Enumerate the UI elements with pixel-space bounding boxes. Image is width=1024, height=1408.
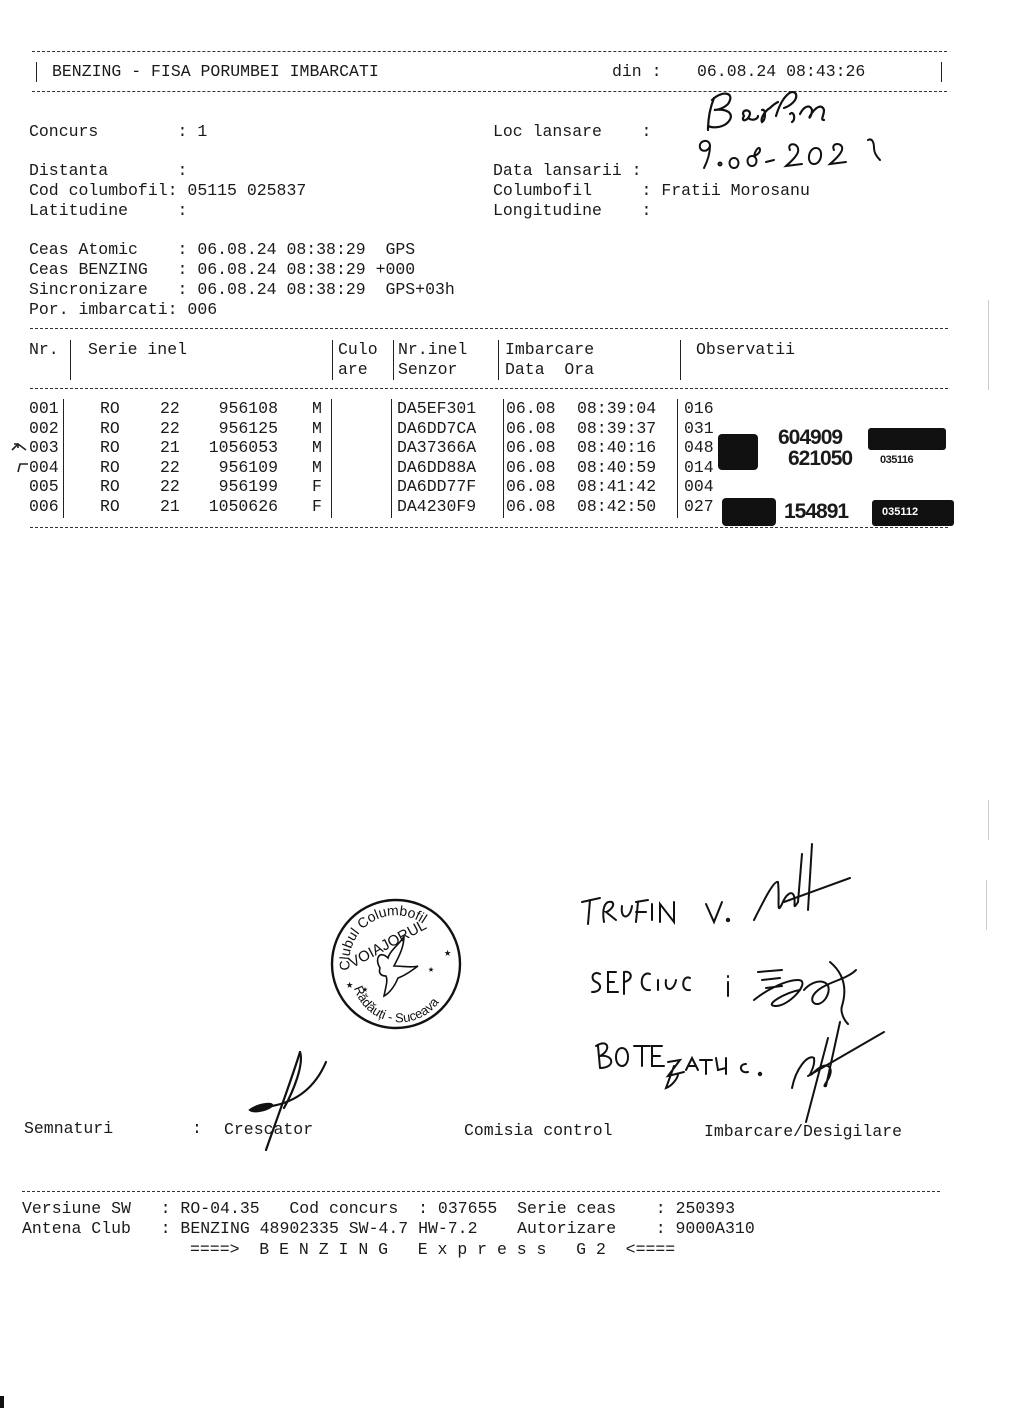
longitudine-label: Longitudine bbox=[493, 201, 642, 220]
cell-sensor-id: DA6DD7CA bbox=[397, 419, 476, 439]
cell-country: RO bbox=[100, 419, 120, 439]
loc-lansare-field: Loc lansare : bbox=[493, 122, 651, 142]
col-divider bbox=[391, 399, 392, 518]
col-divider bbox=[680, 340, 681, 380]
seal-tag-code: 035116 bbox=[880, 454, 913, 466]
club-stamp: Clubul Columbofil Rădăuți - Suceava VOIA… bbox=[328, 896, 464, 1032]
cell-year: 21 bbox=[160, 438, 180, 458]
cell-ring-number: 1050626 bbox=[203, 497, 278, 517]
serie-ceas-label: Serie ceas bbox=[517, 1199, 656, 1218]
data-lansarii-label: Data lansarii bbox=[493, 161, 632, 180]
cell-nr: 006 bbox=[29, 497, 59, 517]
data-lansarii-field: Data lansarii : bbox=[493, 161, 642, 181]
cell-sensor-id: DA5EF301 bbox=[397, 399, 476, 419]
cell-date: 06.08 bbox=[506, 419, 556, 439]
scan-edge-mark bbox=[988, 300, 989, 390]
col-divider bbox=[677, 399, 678, 518]
col-divider bbox=[503, 399, 504, 518]
margin-arrow-icon bbox=[14, 460, 30, 474]
concurs-value: 1 bbox=[187, 122, 207, 141]
cell-date: 06.08 bbox=[506, 477, 556, 497]
cell-time: 08:39:04 bbox=[577, 399, 656, 419]
cell-sex: F bbox=[312, 497, 322, 517]
printed-at-label: din : bbox=[612, 62, 662, 82]
sincronizare-field: Sincronizare : 06.08.24 08:38:29 GPS+03h bbox=[29, 280, 455, 300]
svg-text:★: ★ bbox=[362, 985, 368, 996]
seal-tag-number: 621050 bbox=[788, 447, 852, 471]
concurs-label: Concurs bbox=[29, 122, 178, 141]
cell-observatii: 031 bbox=[684, 419, 714, 439]
versiune-sw-value: RO-04.35 bbox=[171, 1199, 260, 1218]
por-imbarcati-label: Por. imbarcati bbox=[29, 300, 168, 319]
semnaturi-colon: : bbox=[192, 1119, 202, 1139]
margin-arrow-icon bbox=[8, 440, 30, 454]
handwritten-data-lansarii bbox=[694, 134, 904, 174]
ceas-benzing-label: Ceas BENZING bbox=[29, 260, 178, 279]
cell-nr: 005 bbox=[29, 477, 59, 497]
cell-observatii: 014 bbox=[684, 458, 714, 478]
cell-sensor-id: DA4230F9 bbox=[397, 497, 476, 517]
cell-nr: 003 bbox=[29, 438, 59, 458]
cell-nr: 002 bbox=[29, 419, 59, 439]
col-header-culoare-2: are bbox=[338, 360, 368, 380]
comisia-control-label: Comisia control bbox=[464, 1121, 613, 1141]
ceas-benzing-value: 06.08.24 08:38:29 +000 bbox=[187, 260, 415, 279]
cell-date: 06.08 bbox=[506, 458, 556, 478]
cell-sensor-id: DA37366A bbox=[397, 438, 476, 458]
cod-columbofil-label: Cod columbofil bbox=[29, 181, 168, 200]
seal-tag-backing bbox=[718, 434, 758, 470]
cell-year: 22 bbox=[160, 477, 180, 497]
concurs-field: Concurs : 1 bbox=[29, 122, 207, 142]
svg-text:★: ★ bbox=[428, 965, 434, 976]
seal-tag-number: 154891 bbox=[784, 500, 848, 524]
cell-date: 06.08 bbox=[506, 438, 556, 458]
commission-signature-1 bbox=[578, 840, 858, 930]
distanta-label: Distanta bbox=[29, 161, 178, 180]
latitudine-label: Latitudine bbox=[29, 201, 178, 220]
versiune-sw-row: Versiune SW : RO-04.35 Cod concurs : 037… bbox=[22, 1199, 735, 1219]
cod-concurs-value: 037655 bbox=[428, 1199, 497, 1218]
semnaturi-label: Semnaturi bbox=[24, 1119, 113, 1139]
cell-sex: F bbox=[312, 477, 322, 497]
cell-sex: M bbox=[312, 458, 322, 478]
col-header-nr: Nr. bbox=[29, 340, 59, 360]
cell-observatii: 027 bbox=[684, 497, 714, 517]
cell-ring-number: 1056053 bbox=[203, 438, 278, 458]
cell-country: RO bbox=[100, 399, 120, 419]
col-divider bbox=[63, 399, 64, 518]
footer-rule bbox=[22, 1191, 940, 1192]
por-imbarcati-value: 006 bbox=[178, 300, 218, 319]
imbarcare-desigilare-label: Imbarcare/Desigilare bbox=[704, 1122, 902, 1142]
cell-ring-number: 956125 bbox=[203, 419, 278, 439]
cell-year: 22 bbox=[160, 419, 180, 439]
cell-sensor-id: DA6DD77F bbox=[397, 477, 476, 497]
header-left-bar bbox=[36, 62, 37, 82]
scan-edge-mark bbox=[986, 880, 987, 930]
col-header-observatii: Observatii bbox=[696, 340, 795, 360]
col-header-culoare-1: Culo bbox=[338, 340, 378, 360]
cell-time: 08:39:37 bbox=[577, 419, 656, 439]
document-title: BENZING - FISA PORUMBEI IMBARCATI bbox=[52, 62, 379, 82]
cell-sex: M bbox=[312, 399, 322, 419]
columbofil-label: Columbofil bbox=[493, 181, 642, 200]
cell-time: 08:42:50 bbox=[577, 497, 656, 517]
col-divider bbox=[331, 399, 332, 518]
versiune-sw-label: Versiune SW bbox=[22, 1199, 161, 1218]
cell-date: 06.08 bbox=[506, 399, 556, 419]
ceas-atomic-value: 06.08.24 08:38:29 GPS bbox=[187, 240, 415, 259]
col-header-senzor-1: Nr.inel bbox=[398, 340, 467, 360]
col-divider bbox=[498, 340, 499, 380]
seal-tag-backing bbox=[722, 498, 776, 526]
cell-date: 06.08 bbox=[506, 497, 556, 517]
scan-edge-mark bbox=[0, 1396, 4, 1408]
header-top-rule bbox=[32, 51, 947, 52]
antena-club-row: Antena Club : BENZING 48902335 SW-4.7 HW… bbox=[22, 1219, 755, 1239]
columbofil-field: Columbofil : Fratii Morosanu bbox=[493, 181, 810, 201]
col-header-imbarcare-2: Data Ora bbox=[505, 360, 594, 380]
cod-columbofil-field: Cod columbofil: 05115 025837 bbox=[29, 181, 306, 201]
seal-tag: 154891 035112 bbox=[722, 496, 954, 528]
crescator-signature bbox=[244, 1050, 334, 1154]
col-divider bbox=[332, 340, 333, 380]
svg-text:★: ★ bbox=[346, 978, 353, 992]
cell-sex: M bbox=[312, 438, 322, 458]
longitudine-field: Longitudine : bbox=[493, 201, 651, 221]
antena-club-label: Antena Club bbox=[22, 1219, 161, 1238]
seal-tag: 604909 621050 035116 bbox=[718, 428, 950, 470]
cod-columbofil-value: 05115 025837 bbox=[178, 181, 307, 200]
por-imbarcati-field: Por. imbarcati: 006 bbox=[29, 300, 217, 320]
handwritten-loc-lansare bbox=[700, 86, 840, 136]
cell-country: RO bbox=[100, 477, 120, 497]
cell-country: RO bbox=[100, 458, 120, 478]
cell-sex: M bbox=[312, 419, 322, 439]
cell-observatii: 016 bbox=[684, 399, 714, 419]
col-divider bbox=[393, 340, 394, 380]
cell-year: 21 bbox=[160, 497, 180, 517]
cell-nr: 001 bbox=[29, 399, 59, 419]
seal-tag-code: 035112 bbox=[882, 506, 918, 518]
benzing-banner: ====> B E N Z I N G E x p r e s s G 2 <=… bbox=[190, 1240, 675, 1260]
cell-ring-number: 956108 bbox=[203, 399, 278, 419]
ceas-atomic-field: Ceas Atomic : 06.08.24 08:38:29 GPS bbox=[29, 240, 415, 260]
cell-country: RO bbox=[100, 438, 120, 458]
cod-concurs-label: Cod concurs bbox=[289, 1199, 418, 1218]
cell-time: 08:40:16 bbox=[577, 438, 656, 458]
serie-ceas-value: 250393 bbox=[666, 1199, 735, 1218]
col-header-imbarcare-1: Imbarcare bbox=[505, 340, 594, 360]
antena-club-value: BENZING 48902335 SW-4.7 HW-7.2 bbox=[171, 1219, 478, 1238]
col-divider bbox=[70, 340, 71, 380]
col-header-senzor-2: Senzor bbox=[398, 360, 457, 380]
cell-sensor-id: DA6DD88A bbox=[397, 458, 476, 478]
cell-ring-number: 956109 bbox=[203, 458, 278, 478]
columbofil-value: Fratii Morosanu bbox=[651, 181, 809, 200]
autorizare-label: Autorizare bbox=[517, 1219, 656, 1238]
distanta-field: Distanta : bbox=[29, 161, 187, 181]
cell-observatii: 004 bbox=[684, 477, 714, 497]
cell-time: 08:40:59 bbox=[577, 458, 656, 478]
cell-ring-number: 956199 bbox=[203, 477, 278, 497]
cell-year: 22 bbox=[160, 399, 180, 419]
commission-signature-3 bbox=[594, 1018, 894, 1128]
svg-text:★: ★ bbox=[444, 946, 451, 960]
cell-time: 08:41:42 bbox=[577, 477, 656, 497]
printed-at-value: 06.08.24 08:43:26 bbox=[697, 62, 865, 82]
seal-tag-backing bbox=[868, 428, 946, 450]
header-right-bar bbox=[941, 62, 942, 82]
latitudine-field: Latitudine : bbox=[29, 201, 187, 221]
table-header-rule bbox=[30, 388, 948, 389]
cell-observatii: 048 bbox=[684, 438, 714, 458]
cell-country: RO bbox=[100, 497, 120, 517]
cell-nr: 004 bbox=[29, 458, 59, 478]
col-header-serie: Serie inel bbox=[88, 340, 187, 360]
autorizare-value: 9000A310 bbox=[666, 1219, 755, 1238]
scan-edge-mark bbox=[988, 800, 989, 840]
ceas-benzing-field: Ceas BENZING : 06.08.24 08:38:29 +000 bbox=[29, 260, 415, 280]
sincronizare-label: Sincronizare bbox=[29, 280, 178, 299]
table-top-rule bbox=[30, 328, 948, 329]
sincronizare-value: 06.08.24 08:38:29 GPS+03h bbox=[187, 280, 454, 299]
cell-year: 22 bbox=[160, 458, 180, 478]
loc-lansare-label: Loc lansare bbox=[493, 122, 642, 141]
ceas-atomic-label: Ceas Atomic bbox=[29, 240, 178, 259]
